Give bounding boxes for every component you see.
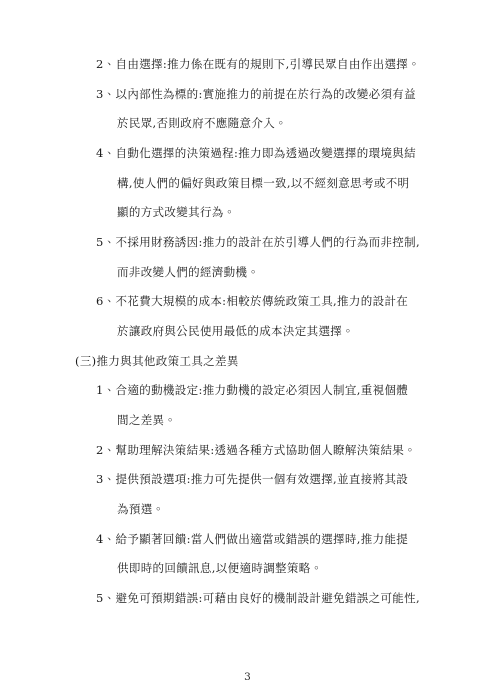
list-item-line: 構,使人們的偏好與政策目標一致,以不經刻意思考或不明 [117, 169, 495, 199]
list-item-line: 1、合適的動機設定:推力動機的設定必須因人制宜,重視個體 [96, 376, 495, 406]
list-item-line: 3、以內部性為標的:實施推力的前提在於行為的改變必須有益 [96, 80, 495, 110]
list-item-line: 於讓政府與公民使用最低的成本決定其選擇。 [117, 317, 495, 347]
list-item-line: 為預選。 [117, 495, 495, 525]
list-item-line: 供即時的回饋訊息,以便適時調整策略。 [117, 554, 495, 584]
list-item-line: 間之差異。 [117, 406, 495, 436]
document-body: 2、自由選擇:推力係在既有的規則下,引導民眾自由作出選擇。 3、以內部性為標的:… [0, 0, 495, 613]
list-item-line: 4、自動化選擇的決策過程:推力即為透過改變選擇的環境與結 [96, 139, 495, 169]
list-item-line: 5、避免可預期錯誤:可藉由良好的機制設計避免錯誤之可能性, [96, 584, 495, 614]
list-item-line: 6、不花費大規模的成本:相較於傳統政策工具,推力的設計在 [96, 287, 495, 317]
list-item-line: 4、給予顯著回饋:當人們做出適當或錯誤的選擇時,推力能提 [96, 525, 495, 555]
list-item-line: 2、自由選擇:推力係在既有的規則下,引導民眾自由作出選擇。 [96, 50, 495, 80]
page-number: 3 [0, 671, 495, 683]
document-page: 2、自由選擇:推力係在既有的規則下,引導民眾自由作出選擇。 3、以內部性為標的:… [0, 0, 495, 700]
list-item-line: 於民眾,否則政府不應隨意介入。 [117, 109, 495, 139]
list-item-line: 3、提供預設選項:推力可先提供一個有效選擇,並直接將其設 [96, 465, 495, 495]
list-item-line: 而非改變人們的經濟動機。 [117, 258, 495, 288]
section-heading: (三)推力與其他政策工具之差異 [75, 347, 495, 377]
list-item-line: 5、不採用財務誘因:推力的設計在於引導人們的行為而非控制, [96, 228, 495, 258]
list-item-line: 顯的方式改變其行為。 [117, 198, 495, 228]
list-item-line: 2、幫助理解決策結果:透過各種方式協助個人瞭解決策結果。 [96, 436, 495, 466]
